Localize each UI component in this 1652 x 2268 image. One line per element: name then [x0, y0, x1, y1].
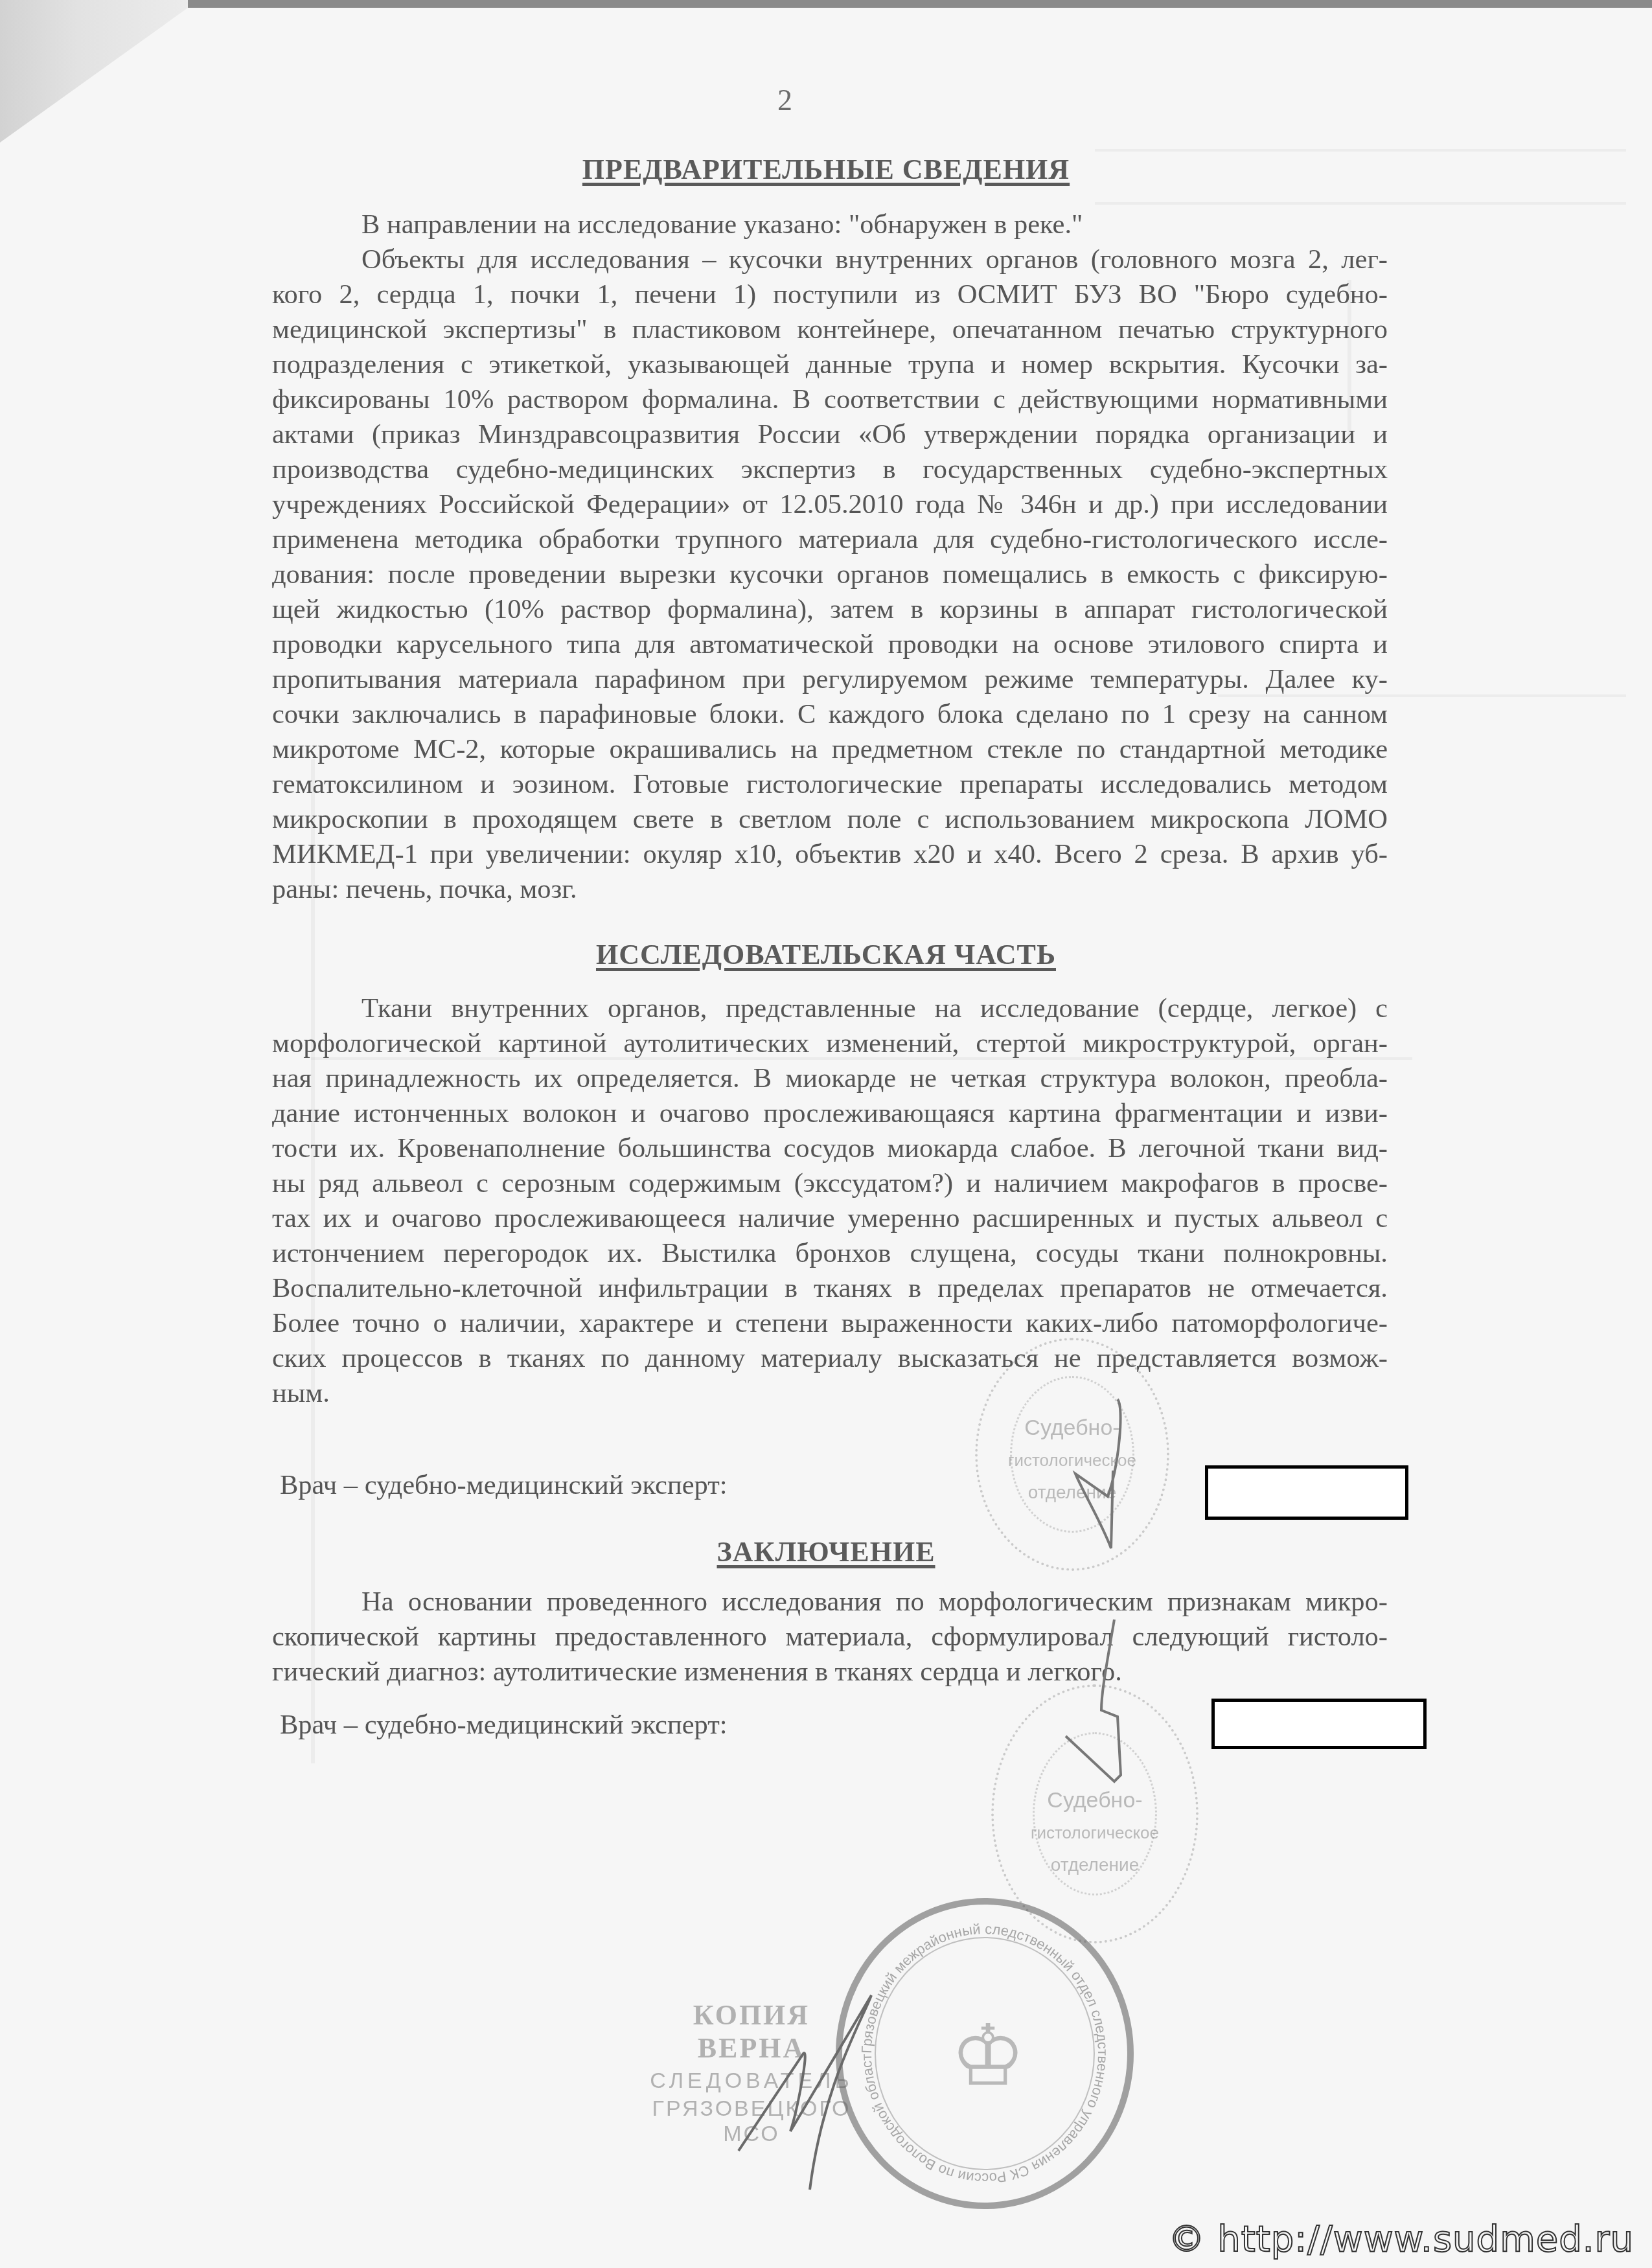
text-line: ная принадлежность их определяется. В ми… — [272, 1061, 1388, 1096]
text-line: дание истонченных волокон и очагово прос… — [272, 1096, 1388, 1131]
stamp-text: Судебно- гистологическое отделение — [994, 1784, 1196, 1881]
text-line: применена методика обработки трупного ма… — [272, 522, 1388, 557]
text-line: На основании проведенного исследования п… — [272, 1585, 1388, 1620]
redacted-name-box — [1205, 1465, 1408, 1520]
text-line: морфологической картиной аутолитических … — [272, 1026, 1388, 1061]
research-text: Ткани внутренних органов, представленные… — [272, 991, 1388, 1411]
text-line: тости их. Кровенаполнение большинства со… — [272, 1131, 1388, 1166]
handwritten-signature — [732, 1982, 926, 2196]
text-line: щей жидкостью (10% раствор формалина), з… — [272, 592, 1388, 627]
text-line: ны ряд альвеол с серозным содержимым (эк… — [272, 1166, 1388, 1201]
heading-preliminary: ПРЕДВАРИТЕЛЬНЫЕ СВЕДЕНИЯ — [0, 153, 1652, 186]
text-line: тах их и очагово прослеживающееся наличи… — [272, 1201, 1388, 1236]
site-watermark: © http://www.sudmed.ru — [1169, 2218, 1635, 2260]
text-line: ным. — [272, 1376, 1388, 1411]
text-line: Ткани внутренних органов, представленные… — [272, 991, 1388, 1026]
heading-preliminary-text: ПРЕДВАРИТЕЛЬНЫЕ СВЕДЕНИЯ — [582, 154, 1070, 185]
scan-edge-shadow — [188, 0, 1652, 8]
text-line: сочки заключались в парафиновые блоки. С… — [272, 697, 1388, 732]
heading-research: ИССЛЕДОВАТЕЛЬСКАЯ ЧАСТЬ — [0, 938, 1652, 971]
text-line: кого 2, сердца 1, почки 1, печени 1) пос… — [272, 277, 1388, 312]
text-line: Объекты для исследования – кусочки внутр… — [272, 242, 1388, 277]
text-line: микротоме МС-2, которые окрашивались на … — [272, 732, 1388, 767]
text-line: пропитывания материала парафином при рег… — [272, 662, 1388, 697]
text-line: МИКМЕД-1 при увеличении: окуляр х10, объ… — [272, 837, 1388, 872]
heading-conclusion-text: ЗАКЛЮЧЕНИЕ — [717, 1536, 935, 1568]
bleed-through-line — [1095, 149, 1626, 152]
text-line: гический диагноз: аутолитические изменен… — [272, 1655, 1388, 1690]
text-line: раны: печень, почка, мозг. — [272, 872, 1388, 907]
text-line: микроскопии в проходящем свете в светлом… — [272, 802, 1388, 837]
conclusion-text: На основании проведенного исследования п… — [272, 1585, 1388, 1690]
signature-label-research: Врач – судебно-медицинский эксперт: — [280, 1469, 728, 1501]
text-line: учреждениях Российской Федерации» от 12.… — [272, 487, 1388, 522]
preliminary-text: В направлении на исследование указано: "… — [272, 207, 1388, 907]
signature-label-conclusion: Врач – судебно-медицинский эксперт: — [280, 1709, 728, 1741]
text-line: проводки карусельного типа для автоматич… — [272, 627, 1388, 662]
text-line: производства судебно-медицинских эксперт… — [272, 452, 1388, 487]
bleed-through-line — [1095, 202, 1626, 205]
text-line: скопической картины предоставленного мат… — [272, 1620, 1388, 1655]
handwritten-signature — [1062, 1393, 1140, 1555]
text-line: В направлении на исследование указано: "… — [272, 207, 1388, 242]
text-line: Более точно о наличии, характере и степе… — [272, 1306, 1388, 1341]
text-line: истончением перегородок их. Выстилка бро… — [272, 1236, 1388, 1271]
redacted-name-box — [1211, 1699, 1427, 1749]
text-line: актами (приказ Минздравсоцразвития Росси… — [272, 417, 1388, 452]
text-line: фиксированы 10% раствором формалина. В с… — [272, 382, 1388, 417]
text-line: ских процессов в тканях по данному матер… — [272, 1341, 1388, 1376]
heading-conclusion: ЗАКЛЮЧЕНИЕ — [0, 1535, 1652, 1568]
text-line: медицинской экспертизы" в пластиковом ко… — [272, 312, 1388, 347]
page-number: 2 — [777, 83, 792, 117]
handwritten-signature — [1056, 1620, 1147, 1788]
heading-research-text: ИССЛЕДОВАТЕЛЬСКАЯ ЧАСТЬ — [596, 939, 1056, 970]
text-line: подразделения с этикеткой, указывающей д… — [272, 347, 1388, 382]
text-line: Воспалительно-клеточной инфильтрации в т… — [272, 1271, 1388, 1306]
text-line: дования: после проведении вырезки кусочк… — [272, 557, 1388, 592]
text-line: гематоксилином и эозином. Готовые гистол… — [272, 767, 1388, 802]
